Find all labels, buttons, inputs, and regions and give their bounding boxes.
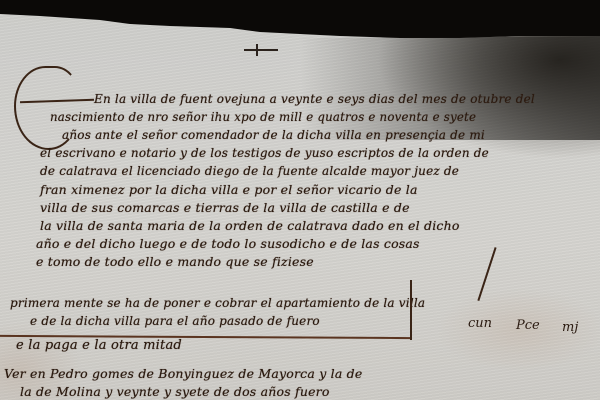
manuscript-line: e de la dicha villa para el año pasado d… <box>30 314 320 328</box>
cross-mark-icon <box>244 44 278 56</box>
bracket-stroke <box>410 280 412 340</box>
manuscript-line: la villa de santa maria de la orden de c… <box>40 218 460 233</box>
manuscript-line: fran ximenez por la dicha villa e por el… <box>40 182 418 197</box>
manuscript-line: la de Molina y veynte y syete de dos año… <box>20 384 330 399</box>
manuscript-line: e tomo de todo ello e mando que se fizie… <box>36 254 314 269</box>
manuscript-photo: En la villa de fuent ovejuna a veynte e … <box>0 0 600 400</box>
manuscript-line: nascimiento de nro señor ihu xpo de mill… <box>50 110 476 124</box>
margin-note: cun <box>468 316 492 331</box>
manuscript-line: el escrivano e notario y de los testigos… <box>40 146 489 160</box>
manuscript-line: En la villa de fuent ovejuna a veynte e … <box>94 92 535 106</box>
manuscript-line: Ver en Pedro gomes de Bonyinguez de Mayo… <box>4 366 362 381</box>
manuscript-line: de calatrava el licenciado diego de la f… <box>40 164 459 178</box>
margin-note: Pce <box>516 318 540 333</box>
manuscript-line: e la paga e la otra mitad <box>16 338 182 353</box>
manuscript-line: villa de sus comarcas e tierras de la vi… <box>40 200 410 215</box>
margin-note: mj <box>562 320 578 335</box>
manuscript-line: año e del dicho luego e de todo lo susod… <box>36 236 420 251</box>
manuscript-line: años ante el señor comendador de la dich… <box>62 128 485 142</box>
manuscript-line: primera mente se ha de poner e cobrar el… <box>10 296 425 310</box>
